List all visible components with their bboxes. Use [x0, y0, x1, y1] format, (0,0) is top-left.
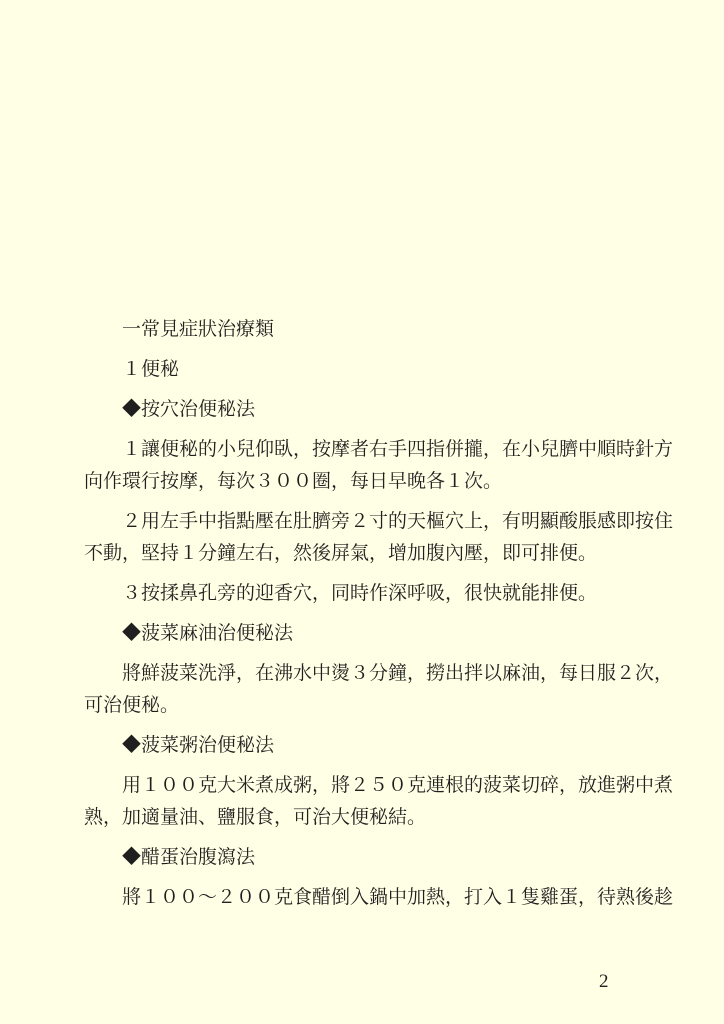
paragraph: ３按揉鼻孔旁的迎香穴，同時作深呼吸，很快就能排便。 — [84, 578, 706, 610]
sub-heading: １便秘 — [84, 354, 706, 386]
method-heading: ◆菠菜麻油治便秘法 — [84, 618, 706, 650]
document-body: 一常見症狀治療類 １便秘 ◆按穴治便秘法 １讓便秘的小兒仰臥，按摩者右手四指併攏… — [84, 314, 706, 922]
method-heading: ◆菠菜粥治便秘法 — [84, 730, 706, 762]
paragraph: ２用左手中指點壓在肚臍旁２寸的天樞穴上，有明顯酸脹感即按住 不動，堅持１分鐘左右… — [84, 506, 706, 570]
paragraph: １讓便秘的小兒仰臥，按摩者右手四指併攏，在小兒臍中順時針方 向作環行按摩，每次３… — [84, 434, 706, 498]
paragraph: 將１００～２００克食醋倒入鍋中加熱，打入１隻雞蛋，待熟後趁 — [84, 882, 706, 914]
page-number: 2 — [599, 971, 609, 993]
paragraph: 將鮮菠菜洗淨，在沸水中燙３分鐘，撈出拌以麻油，每日服２次， 可治便秘。 — [84, 658, 706, 722]
method-heading: ◆醋蛋治腹瀉法 — [84, 842, 706, 874]
method-heading: ◆按穴治便秘法 — [84, 394, 706, 426]
document-page: 一常見症狀治療類 １便秘 ◆按穴治便秘法 １讓便秘的小兒仰臥，按摩者右手四指併攏… — [0, 0, 724, 1024]
section-heading: 一常見症狀治療類 — [84, 314, 706, 346]
paragraph: 用１００克大米煮成粥，將２５０克連根的菠菜切碎，放進粥中煮 熟，加適量油、鹽服食… — [84, 770, 706, 834]
